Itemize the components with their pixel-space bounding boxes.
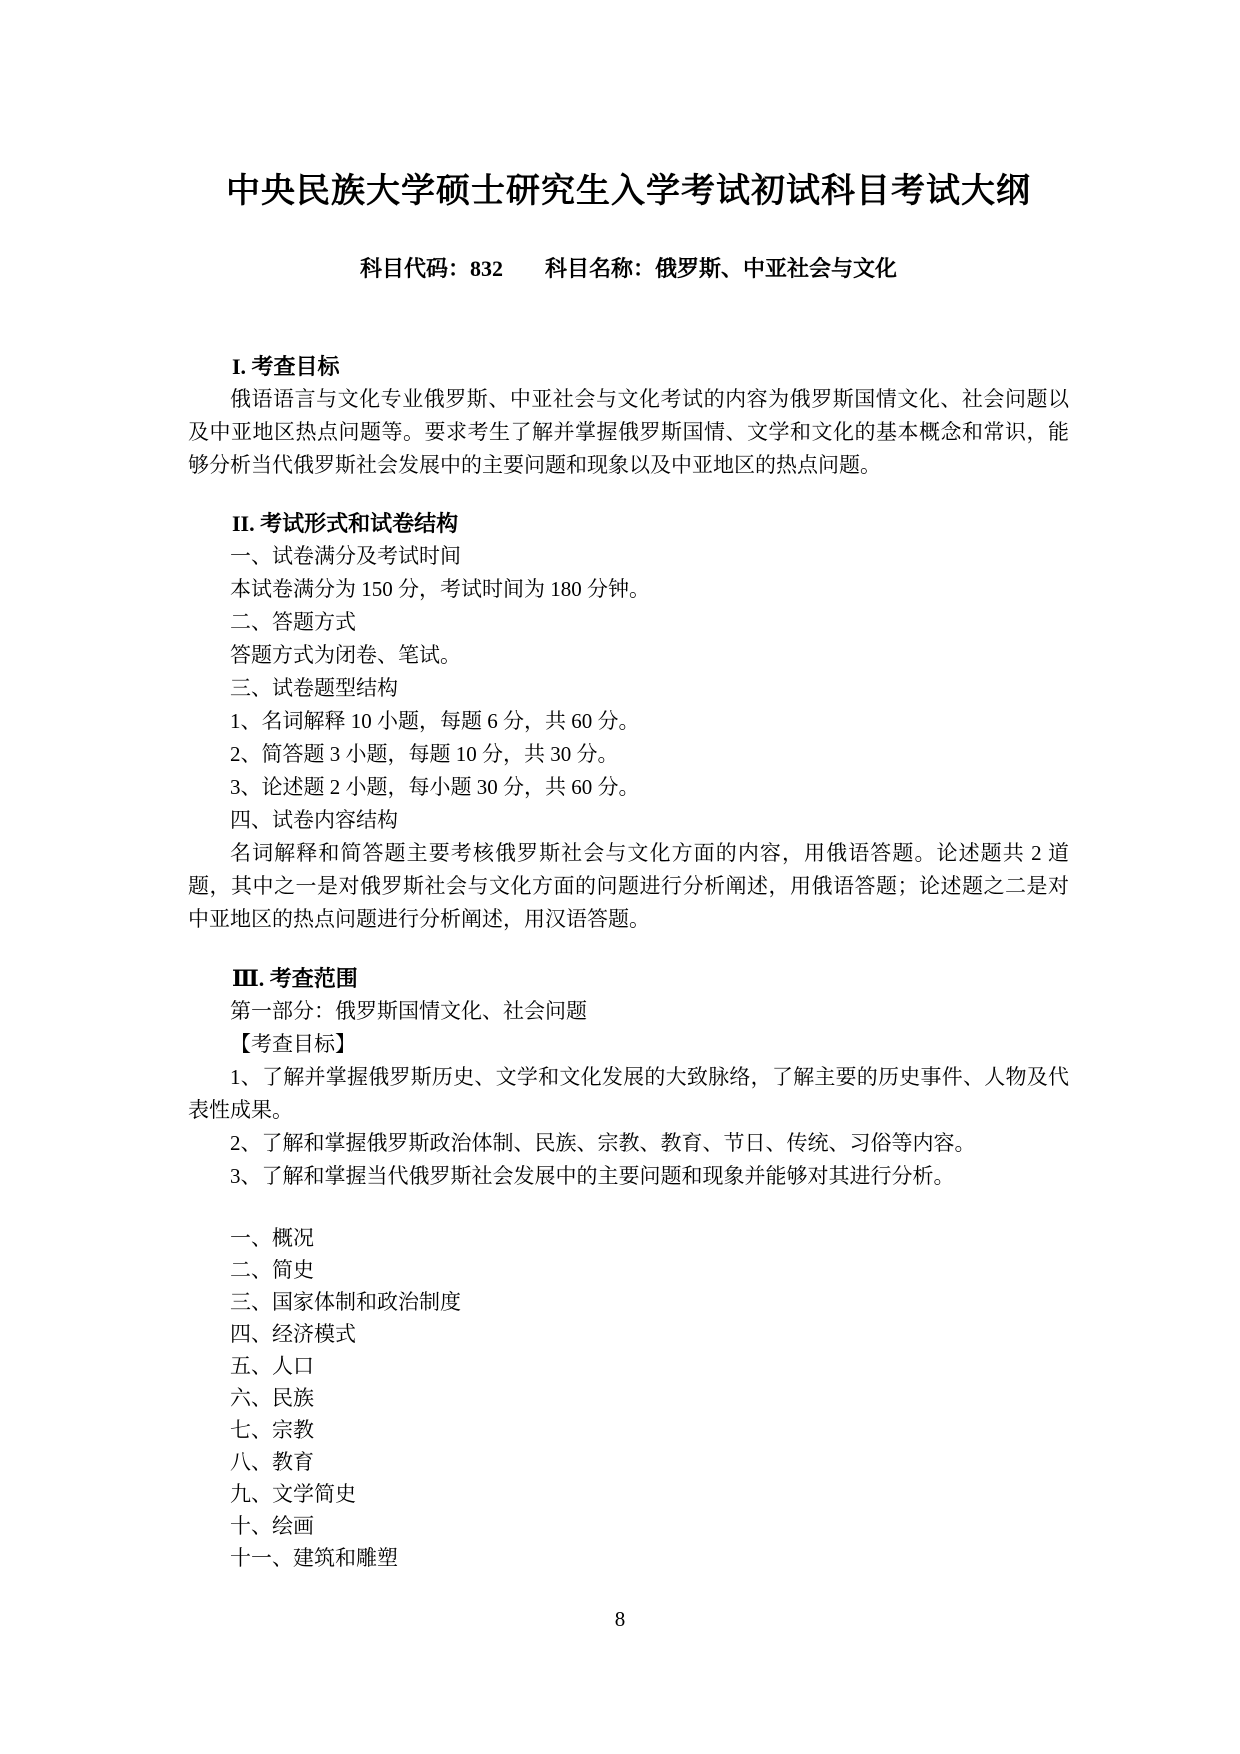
section2-heading: II. 考试形式和试卷结构 [188, 507, 1069, 540]
section3-part-title: 第一部分：俄罗斯国情文化、社会问题 [188, 995, 1069, 1028]
section2-item: 三、试卷题型结构 [188, 672, 1069, 705]
section2-item: 1、名词解释 10 小题，每题 6 分，共 60 分。 [188, 705, 1069, 738]
topic-item: 一、概况 [188, 1222, 1069, 1254]
section2-item: 一、试卷满分及考试时间 [188, 540, 1069, 573]
section3-goal: 3、了解和掌握当代俄罗斯社会发展中的主要问题和现象并能够对其进行分析。 [188, 1160, 1069, 1193]
section3-goal: 2、了解和掌握俄罗斯政治体制、民族、宗教、教育、节日、传统、习俗等内容。 [188, 1127, 1069, 1160]
section1-paragraph: 俄语语言与文化专业俄罗斯、中亚社会与文化考试的内容为俄罗斯国情文化、社会问题以及… [188, 383, 1069, 482]
document-content: 中央民族大学硕士研究生入学考试初试科目考试大纲 科目代码：832 科目名称：俄罗… [188, 0, 1069, 1574]
section3-goal: 1、了解并掌握俄罗斯历史、文学和文化发展的大致脉络，了解主要的历史事件、人物及代… [188, 1061, 1069, 1127]
section1-heading: I. 考查目标 [188, 350, 1069, 383]
topic-item: 三、国家体制和政治制度 [188, 1286, 1069, 1318]
document-title: 中央民族大学硕士研究生入学考试初试科目考试大纲 [188, 0, 1069, 212]
section3-goals-heading: 【考查目标】 [188, 1028, 1069, 1061]
page-number: 8 [0, 1603, 1240, 1636]
topic-item: 九、文学简史 [188, 1478, 1069, 1510]
topic-item: 六、民族 [188, 1382, 1069, 1414]
subject-name: 科目名称：俄罗斯、中亚社会与文化 [545, 256, 897, 282]
section3-heading: Ⅲ. 考查范围 [188, 962, 1069, 995]
topic-item: 五、人口 [188, 1350, 1069, 1382]
section2-item: 答题方式为闭卷、笔试。 [188, 639, 1069, 672]
subject-line: 科目代码：832 科目名称：俄罗斯、中亚社会与文化 [188, 256, 1069, 282]
topics-list: 一、概况 二、简史 三、国家体制和政治制度 四、经济模式 五、人口 六、民族 七… [188, 1222, 1069, 1574]
section2-item: 2、简答题 3 小题，每题 10 分，共 30 分。 [188, 738, 1069, 771]
topic-item: 四、经济模式 [188, 1318, 1069, 1350]
section2-item: 本试卷满分为 150 分，考试时间为 180 分钟。 [188, 573, 1069, 606]
section2-paragraph: 名词解释和简答题主要考核俄罗斯社会与文化方面的内容，用俄语答题。论述题共 2 道… [188, 837, 1069, 936]
topic-item: 七、宗教 [188, 1414, 1069, 1446]
topic-item: 八、教育 [188, 1446, 1069, 1478]
document-page: 中央民族大学硕士研究生入学考试初试科目考试大纲 科目代码：832 科目名称：俄罗… [0, 0, 1240, 1754]
section2-item: 3、论述题 2 小题，每小题 30 分，共 60 分。 [188, 771, 1069, 804]
subject-code: 科目代码：832 [360, 256, 503, 282]
section2-item: 二、答题方式 [188, 606, 1069, 639]
topic-item: 十一、建筑和雕塑 [188, 1542, 1069, 1574]
topic-item: 二、简史 [188, 1254, 1069, 1286]
topic-item: 十、绘画 [188, 1510, 1069, 1542]
section2-item: 四、试卷内容结构 [188, 804, 1069, 837]
